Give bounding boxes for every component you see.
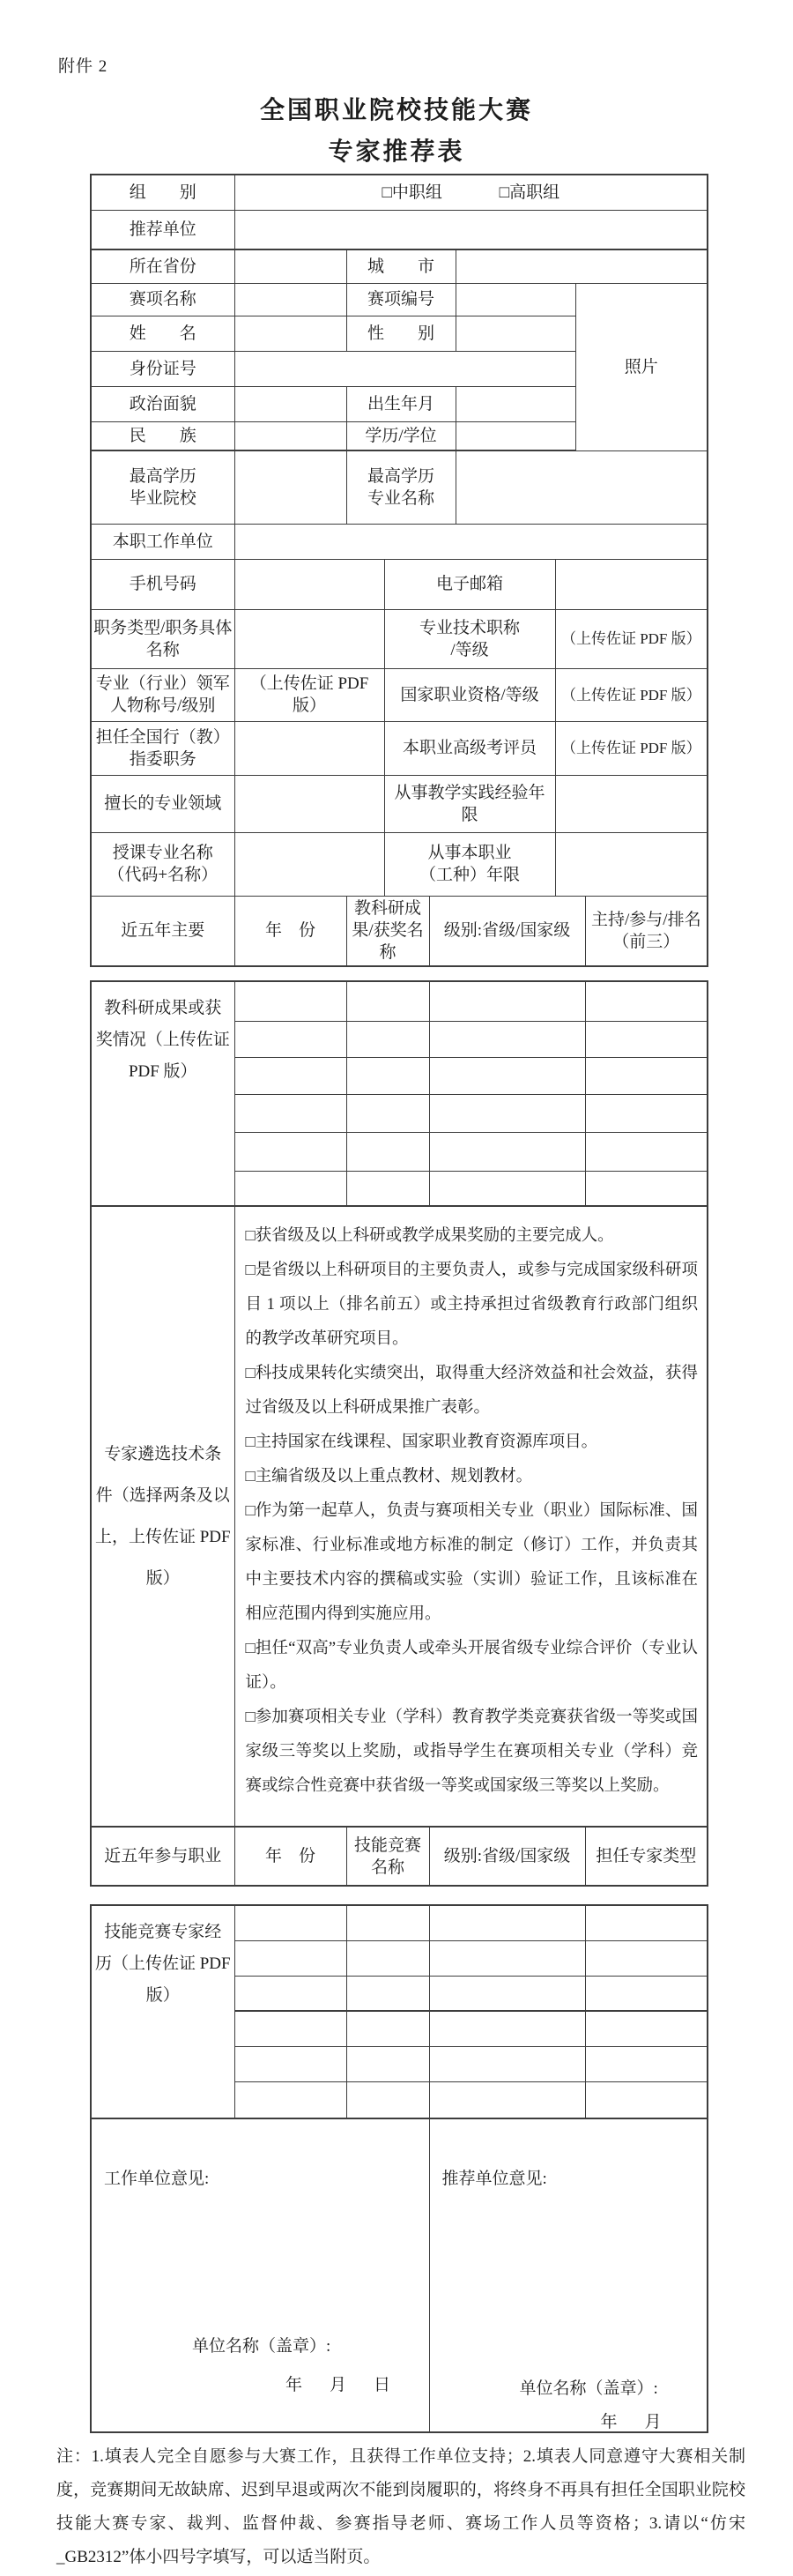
condition-checkbox-item: □主编省级及以上重点教材、规划教材。 [246, 1460, 699, 1494]
mobile-label: 手机号码 [91, 559, 234, 609]
achievement-year-cell [234, 1021, 346, 1057]
assessor-pdf-note: （上传佐证 PDF 版） [555, 721, 708, 775]
row-recent5-header: 近五年主要 年 份 教科研成果/获奖名称 级别:省级/国家级 主持/参与/排名（… [91, 896, 708, 966]
job-type-value-cell [234, 609, 384, 668]
row-conditions: 专家遴选技术条 件（选择两条及以 上，上传佐证 PDF 版） □获省级及以上科研… [91, 1206, 708, 1827]
tech-title-label: 专业技术职称 /等级 [384, 609, 555, 668]
row-leader-title: 专业（行业）领军人物称号/级别 （上传佐证 PDF 版） 国家职业资格/等级 （… [91, 668, 708, 721]
row-competition-header: 近五年参与职业 年 份 技能竞赛名称 级别:省级/国家级 担任专家类型 [91, 1827, 708, 1886]
group-options-cell: □中职组 □高职组 [234, 175, 708, 210]
city-value-cell [456, 249, 708, 283]
leader-title-label: 专业（行业）领军人物称号/级别 [91, 668, 234, 721]
work-unit-date-label: 年 月 日 [285, 2374, 396, 2396]
recommend-unit-opinion-cell: 推荐单位意见: 单位名称（盖章）: 年 月 日 [429, 2118, 708, 2432]
grad-school-label: 最高学历 毕业院校 [91, 450, 234, 524]
experience-type-cell [585, 1905, 708, 1940]
row-mobile: 手机号码 电子邮箱 [91, 559, 708, 609]
experience-row: 技能竞赛专家经 历（上传佐证 PDF 版） [91, 1905, 708, 1940]
achievement-year-cell [234, 1094, 346, 1132]
political-label: 政治面貌 [91, 386, 234, 421]
competition-expert-type-header: 担任专家类型 [585, 1827, 708, 1886]
event-name-value-cell [234, 283, 346, 316]
achievement-year-cell [234, 1132, 346, 1171]
competition-year-header: 年 份 [234, 1827, 346, 1886]
row-grad-school: 最高学历 毕业院校 最高学历 专业名称 [91, 450, 708, 524]
row-province: 所在省份 城 市 [91, 249, 708, 283]
condition-checkbox-item: □获省级及以上科研或教学成果奖励的主要完成人。 [246, 1219, 699, 1254]
experience-year-cell [234, 1940, 346, 1976]
recent5-achievement-header: 教科研成果/获奖名称 [346, 896, 429, 966]
work-unit-opinion-cell: 工作单位意见: 单位名称（盖章）: 年 月 日 [91, 2118, 429, 2432]
experience-name-cell [346, 1976, 429, 2011]
vocational-cert-pdf-note: （上传佐证 PDF 版） [555, 668, 708, 721]
experience-name-cell [346, 2046, 429, 2081]
experience-type-cell [585, 1940, 708, 1976]
row-opinions: 工作单位意见: 单位名称（盖章）: 年 月 日 推荐单位意见: 单位名称（盖章）… [91, 2118, 708, 2432]
major-name-value-cell [456, 450, 708, 524]
experience-year-cell [234, 2081, 346, 2118]
assessor-label: 本职业高级考评员 [384, 721, 555, 775]
achievement-name-cell [346, 1057, 429, 1094]
condition-checkbox-item: □参加赛项相关专业（学科）教育教学类竞赛获省级一等奖或国家级三等奖以上奖励，或指… [246, 1701, 699, 1804]
row-expertise: 擅长的专业领域 从事教学实践经验年限 [91, 775, 708, 832]
email-value-cell [555, 559, 708, 609]
achievement-year-cell [234, 1171, 346, 1206]
recent5-role-header: 主持/参与/排名（前三） [585, 896, 708, 966]
recommend-unit-opinion-label: 推荐单位意见: [442, 2168, 547, 2190]
experience-level-cell [429, 1940, 585, 1976]
competition-experience-table: 技能竞赛专家经 历（上传佐证 PDF 版） [90, 1904, 708, 2433]
document-page: 附件 2 全国职业院校技能大赛 专家推荐表 组 别 □中职组 □高职组 推荐单位… [0, 0, 793, 2576]
experience-year-cell [234, 1976, 346, 2011]
achievement-name-cell [346, 1021, 429, 1057]
checkbox-option-higher-vocational: □高职组 [500, 182, 560, 204]
row-group: 组 别 □中职组 □高职组 [91, 175, 708, 210]
achievement-role-cell [585, 981, 708, 1021]
conditions-list-cell: □获省级及以上科研或教学成果奖励的主要完成人。 □是省级以上科研项目的主要负责人… [234, 1206, 708, 1827]
achievement-year-cell [234, 981, 346, 1021]
recommender-label: 推荐单位 [91, 210, 234, 249]
condition-checkbox-item: □科技成果转化实绩突出，取得重大经济效益和社会效益，获得过省级及以上科研成果推广… [246, 1357, 699, 1426]
achievement-level-cell [429, 981, 585, 1021]
experience-type-cell [585, 2046, 708, 2081]
condition-checkbox-item: □是省级以上科研项目的主要负责人，或参与完成国家级科研项目 1 项以上（排名前五… [246, 1254, 699, 1357]
achievement-level-cell [429, 1021, 585, 1057]
experience-type-cell [585, 2011, 708, 2046]
achievement-level-cell [429, 1132, 585, 1171]
committee-label: 担任全国行（教）指委职务 [91, 721, 234, 775]
recommend-unit-opinion-box: 推荐单位意见: 单位名称（盖章）: 年 月 日 [432, 2120, 706, 2431]
recommend-unit-stamp-label: 单位名称（盖章）: [520, 2378, 658, 2400]
province-label: 所在省份 [91, 249, 234, 283]
achievement-role-cell [585, 1021, 708, 1057]
id-number-value-cell [234, 351, 575, 386]
photo-cell: 照片 [575, 283, 708, 450]
achievement-level-cell [429, 1171, 585, 1206]
achievement-role-cell [585, 1094, 708, 1132]
expertise-value-cell [234, 775, 384, 832]
course-major-label: 授课专业名称 （代码+名称） [91, 832, 234, 896]
birth-label: 出生年月 [346, 386, 456, 421]
event-name-label: 赛项名称 [91, 283, 234, 316]
gender-label: 性 别 [346, 316, 456, 351]
name-value-cell [234, 316, 346, 351]
experience-type-cell [585, 2081, 708, 2118]
mobile-value-cell [234, 559, 384, 609]
experience-year-cell [234, 1905, 346, 1940]
teaching-years-value-cell [555, 775, 708, 832]
city-label: 城 市 [346, 249, 456, 283]
group-label: 组 别 [91, 175, 234, 210]
achievement-role-cell [585, 1171, 708, 1206]
attachment-label: 附件 2 [58, 53, 107, 77]
achievement-name-cell [346, 1171, 429, 1206]
competition-name-header: 技能竞赛名称 [346, 1827, 429, 1886]
conditions-section-label: 专家遴选技术条 件（选择两条及以 上，上传佐证 PDF 版） [91, 1206, 234, 1827]
event-code-value-cell [456, 283, 575, 316]
achievement-name-cell [346, 981, 429, 1021]
row-event-name: 赛项名称 赛项编号 照片 [91, 283, 708, 316]
achievements-section-label: 教科研成果或获 奖情况（上传佐证 PDF 版） [91, 981, 234, 1206]
experience-section-label: 技能竞赛专家经 历（上传佐证 PDF 版） [91, 1905, 234, 2118]
leader-title-pdf-note: （上传佐证 PDF 版） [234, 668, 384, 721]
tech-title-pdf-note: （上传佐证 PDF 版） [555, 609, 708, 668]
experience-name-cell [346, 1905, 429, 1940]
competition-recent5-label: 近五年参与职业 [91, 1827, 234, 1886]
achievement-role-cell [585, 1057, 708, 1094]
recommend-unit-date-label: 年 月 日 [601, 2411, 706, 2432]
political-value-cell [234, 386, 346, 421]
achievement-name-cell [346, 1132, 429, 1171]
condition-checkbox-item: □担任“双高”专业负责人或牵头开展省级专业综合评价（专业认证）。 [246, 1632, 699, 1701]
achievement-role-cell [585, 1132, 708, 1171]
competition-level-header: 级别:省级/国家级 [429, 1827, 585, 1886]
work-unit-stamp-label: 单位名称（盖章）: [192, 2335, 330, 2357]
committee-value-cell [234, 721, 384, 775]
occupation-years-value-cell [555, 832, 708, 896]
achievement-row: 教科研成果或获 奖情况（上传佐证 PDF 版） [91, 981, 708, 1021]
id-number-label: 身份证号 [91, 351, 234, 386]
basic-info-table: 组 别 □中职组 □高职组 推荐单位 所在省份 城 市 赛项名称 赛项编号 照片… [90, 174, 708, 967]
major-name-label: 最高学历 专业名称 [346, 450, 456, 524]
birth-value-cell [456, 386, 575, 421]
employer-value-cell [234, 524, 708, 559]
condition-checkbox-item: □作为第一起草人，负责与赛项相关专业（职业）国际标准、国家标准、行业标准或地方标… [246, 1494, 699, 1632]
recent5-year-header: 年 份 [234, 896, 346, 966]
vocational-cert-label: 国家职业资格/等级 [384, 668, 555, 721]
experience-level-cell [429, 2081, 585, 2118]
checkbox-option-secondary-vocational: □中职组 [382, 182, 441, 204]
work-unit-opinion-label: 工作单位意见: [104, 2168, 209, 2190]
experience-name-cell [346, 1940, 429, 1976]
event-code-label: 赛项编号 [346, 283, 456, 316]
achievements-table: 教科研成果或获 奖情况（上传佐证 PDF 版） [90, 980, 708, 1887]
gender-value-cell [456, 316, 575, 351]
employer-label: 本职工作单位 [91, 524, 234, 559]
job-type-label: 职务类型/职务具体名称 [91, 609, 234, 668]
recent5-level-header: 级别:省级/国家级 [429, 896, 585, 966]
footer-note: 注：1.填表人完全自愿参与大赛工作，且获得工作单位支持；2.填表人同意遵守大赛相… [56, 2440, 745, 2574]
ethnicity-value-cell [234, 421, 346, 450]
education-label: 学历/学位 [346, 421, 456, 450]
recommender-value-cell [234, 210, 708, 249]
condition-checkbox-item: □主持国家在线课程、国家职业教育资源库项目。 [246, 1426, 699, 1460]
achievement-name-cell [346, 1094, 429, 1132]
achievement-level-cell [429, 1094, 585, 1132]
row-committee: 担任全国行（教）指委职务 本职业高级考评员 （上传佐证 PDF 版） [91, 721, 708, 775]
experience-level-cell [429, 1976, 585, 2011]
province-value-cell [234, 249, 346, 283]
doc-title-line1: 全国职业院校技能大赛 [0, 91, 793, 126]
course-major-value-cell [234, 832, 384, 896]
work-unit-opinion-box: 工作单位意见: 单位名称（盖章）: 年 月 日 [93, 2120, 427, 2431]
row-job-type: 职务类型/职务具体名称 专业技术职称 /等级 （上传佐证 PDF 版） [91, 609, 708, 668]
doc-title-line2: 专家推荐表 [0, 132, 793, 168]
name-label: 姓 名 [91, 316, 234, 351]
email-label: 电子邮箱 [384, 559, 555, 609]
experience-name-cell [346, 2011, 429, 2046]
experience-type-cell [585, 1976, 708, 2011]
row-course-major: 授课专业名称 （代码+名称） 从事本职业 （工种）年限 [91, 832, 708, 896]
achievement-level-cell [429, 1057, 585, 1094]
experience-level-cell [429, 2011, 585, 2046]
ethnicity-label: 民 族 [91, 421, 234, 450]
row-recommender: 推荐单位 [91, 210, 708, 249]
experience-level-cell [429, 2046, 585, 2081]
recent5-label: 近五年主要 [91, 896, 234, 966]
expertise-label: 擅长的专业领域 [91, 775, 234, 832]
occupation-years-label: 从事本职业 （工种）年限 [384, 832, 555, 896]
experience-name-cell [346, 2081, 429, 2118]
experience-level-cell [429, 1905, 585, 1940]
experience-year-cell [234, 2011, 346, 2046]
education-value-cell [456, 421, 575, 450]
grad-school-value-cell [234, 450, 346, 524]
row-employer: 本职工作单位 [91, 524, 708, 559]
achievement-year-cell [234, 1057, 346, 1094]
experience-year-cell [234, 2046, 346, 2081]
teaching-years-label: 从事教学实践经验年限 [384, 775, 555, 832]
